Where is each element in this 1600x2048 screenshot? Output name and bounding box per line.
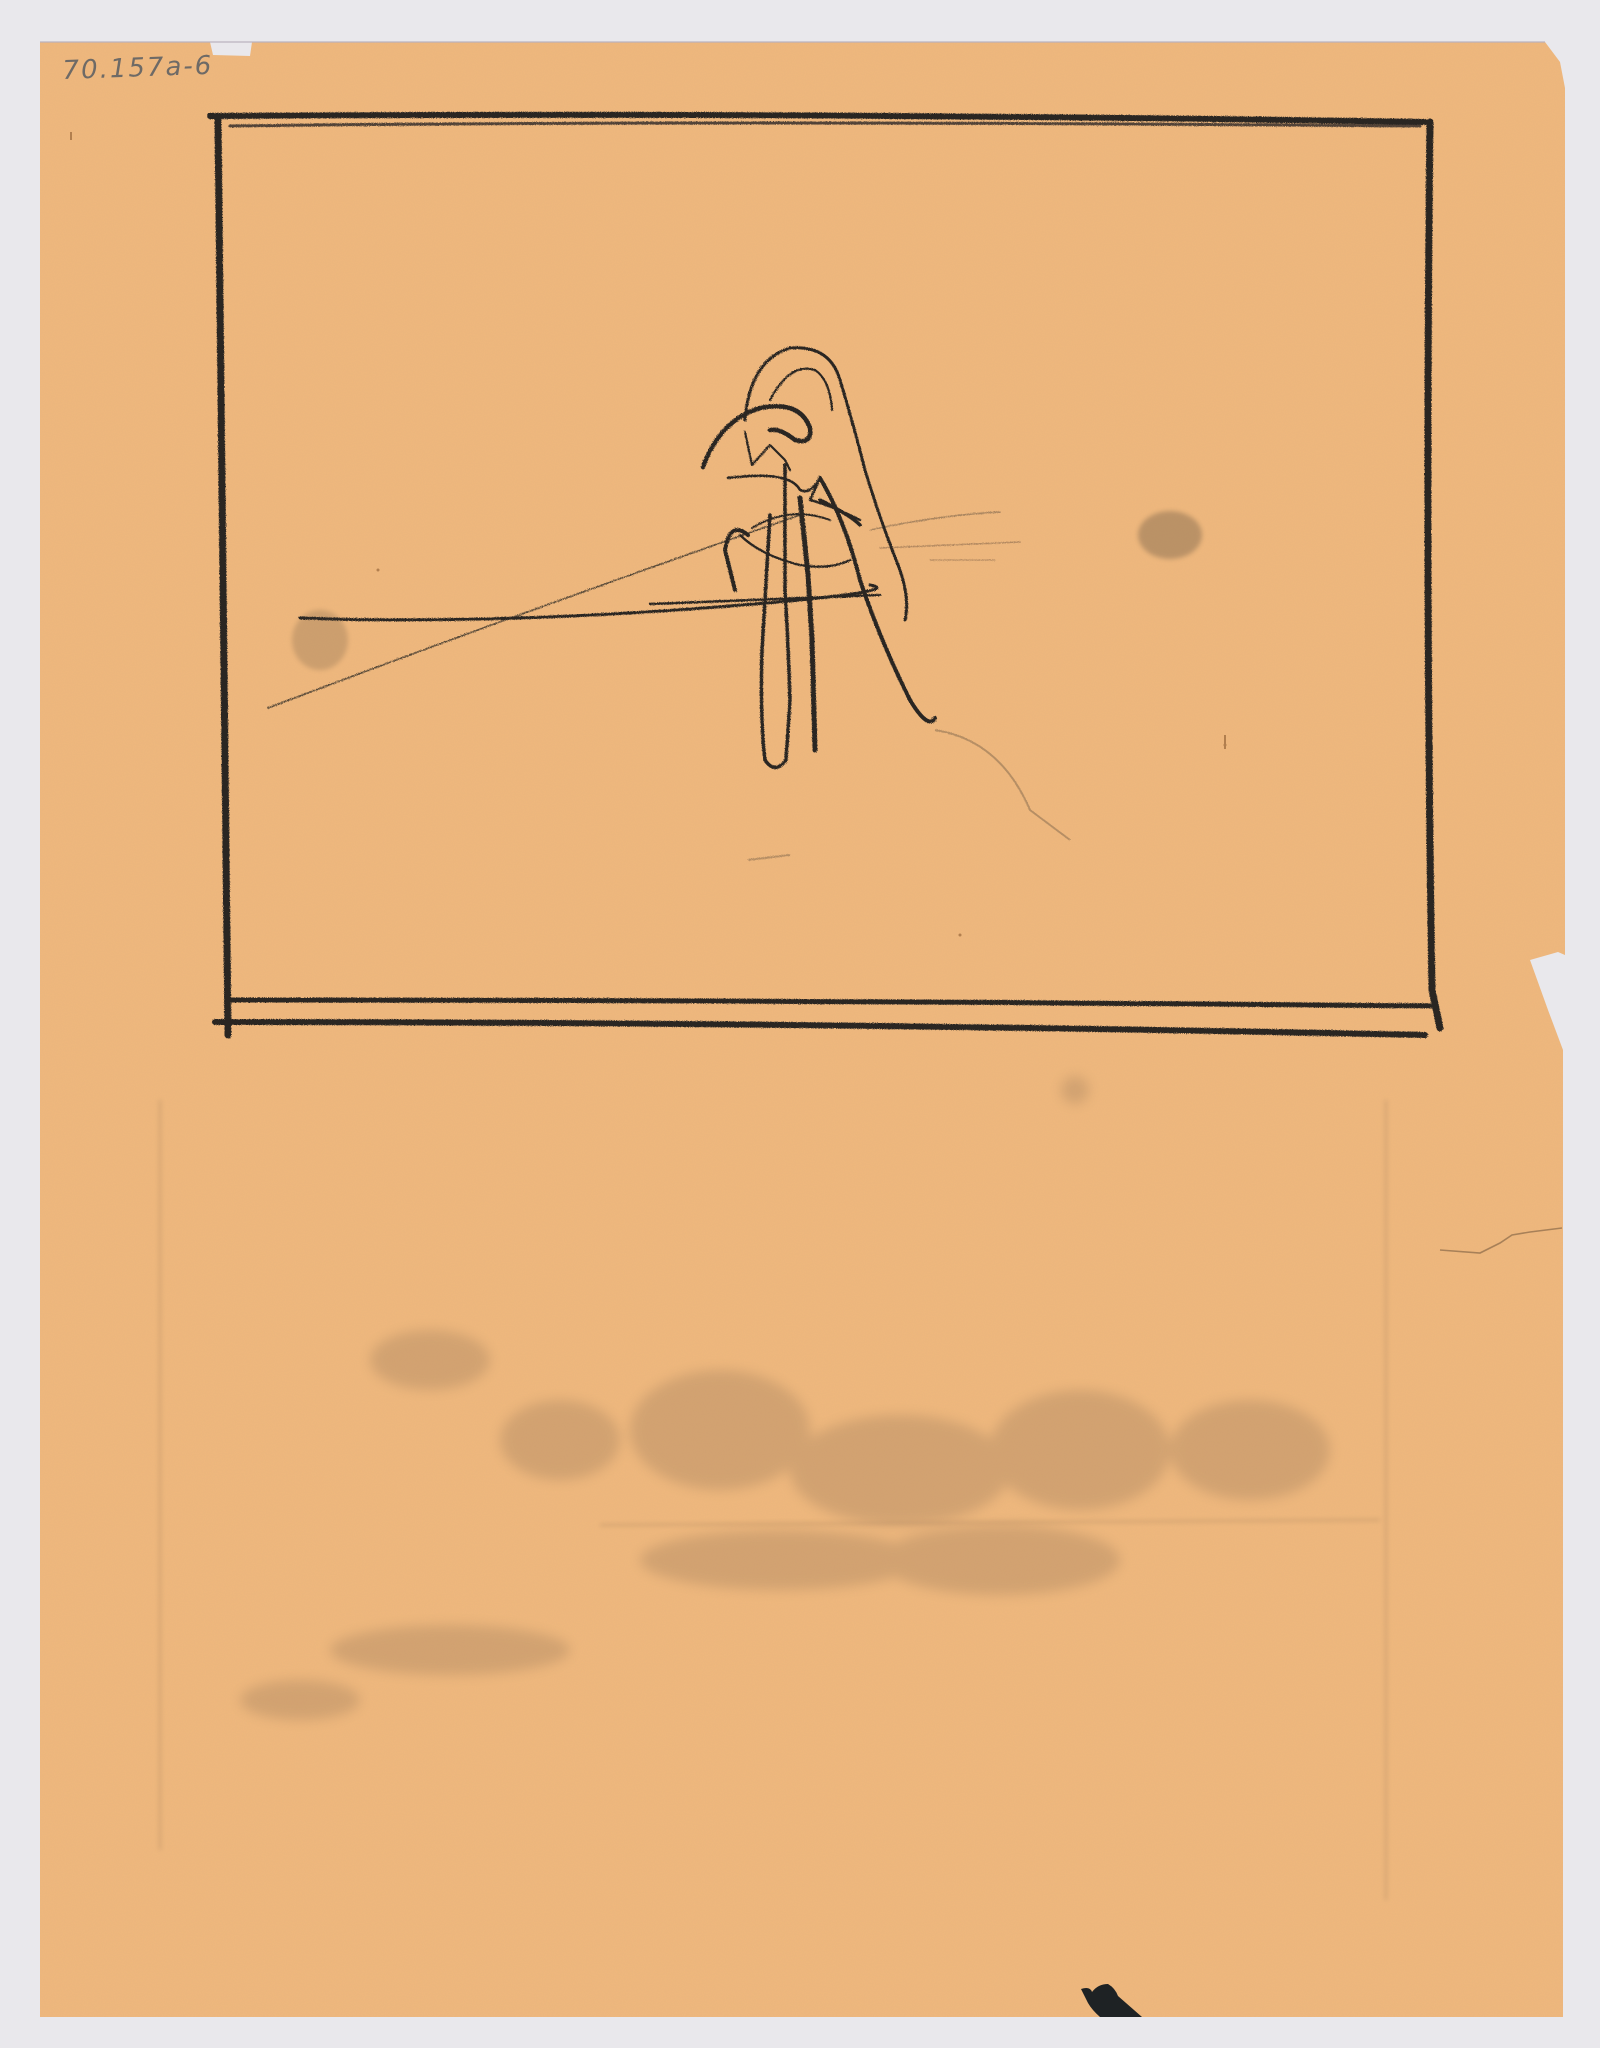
artwork-canvas bbox=[0, 0, 1600, 2048]
scanned-artwork: 70.157a-6 bbox=[0, 0, 1600, 2048]
charcoal-smudge bbox=[1138, 511, 1202, 559]
accession-number-label: 70.157a-6 bbox=[62, 51, 214, 86]
